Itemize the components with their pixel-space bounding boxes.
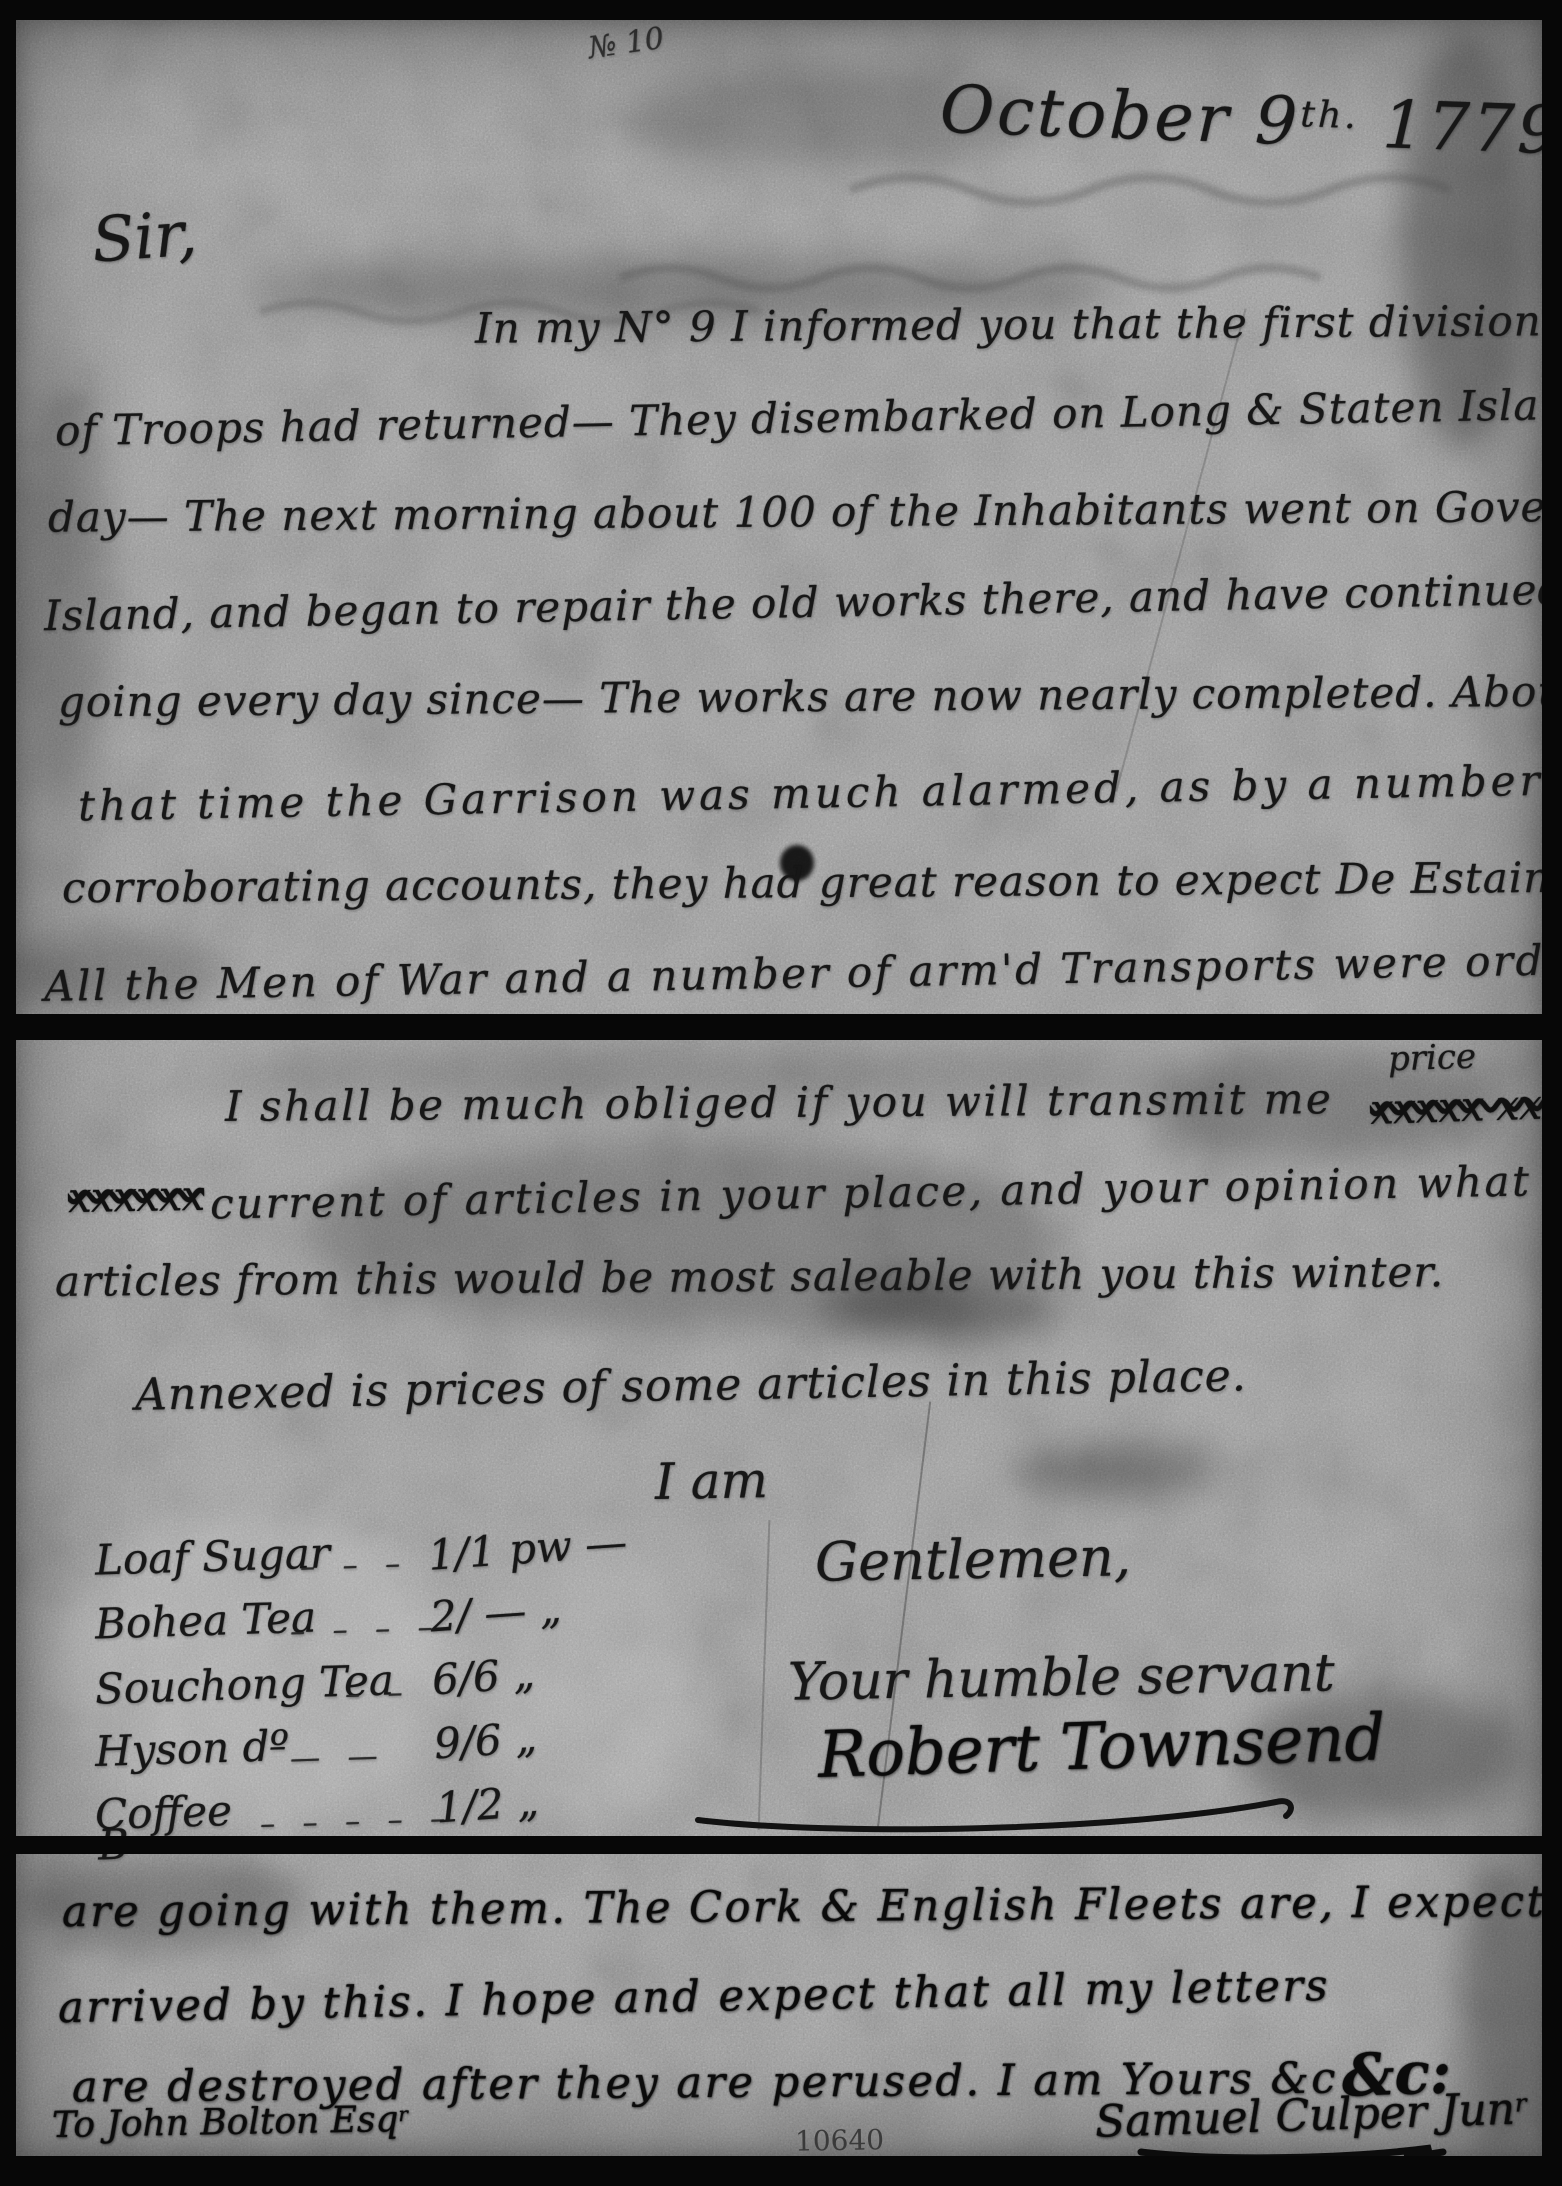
struck-out-word: xxxxxx: [68, 1171, 205, 1222]
addressee-name: To John Bolton Esq: [52, 2099, 399, 2146]
body-line: I am: [655, 1451, 769, 1511]
photo-border-right: [1542, 0, 1562, 2186]
body-line: In my N° 9 I informed you that the first…: [475, 296, 1542, 352]
stain: [1010, 1445, 1220, 1495]
struck-out-word: xxxxx xxx: [1369, 1079, 1562, 1134]
date-ordinal: th.: [1300, 92, 1360, 137]
culper-suffix: r: [1514, 2089, 1526, 2117]
closing-humble-servant: Your humble servant: [788, 1643, 1336, 1713]
addressee-line: To John Bolton Esqr: [52, 2099, 409, 2146]
salutation: Sir,: [90, 196, 200, 276]
section-divider-bar: [0, 1014, 1562, 1040]
price-leader: – – – –: [289, 1610, 442, 1650]
body-line: going every day since— The works are now…: [58, 667, 1562, 727]
price-item-name: Bohea Tea: [94, 1593, 317, 1649]
section-divider-bar: [0, 1836, 1562, 1854]
closing-gentlemen: Gentlemen,: [814, 1525, 1131, 1594]
price-value: 1/2 „: [434, 1776, 540, 1832]
price-leader: — —: [289, 1738, 387, 1776]
photo-border-bottom: [0, 2156, 1562, 2186]
body-line: are going with them. The Cork & English …: [62, 1877, 1547, 1937]
interlined-word: price: [1387, 1037, 1476, 1080]
body-line: day— The next morning about 100 of the I…: [48, 481, 1562, 541]
addressee-suffix: r: [398, 2103, 408, 2126]
letter-photograph: № 10 October 9th. 1779. Sir, In my N° 9 …: [0, 0, 1562, 2186]
catalog-number: 10640: [795, 2123, 885, 2158]
price-item-name: Hyson dº: [94, 1721, 290, 1776]
price-leader: – –: [344, 1675, 412, 1712]
price-value: 9/6 „: [432, 1712, 538, 1768]
photo-border-left: [0, 0, 16, 2186]
price-item-name: Loaf Sugar: [94, 1528, 330, 1584]
price-value: 2/ — „: [428, 1583, 562, 1641]
body-line: articles from this would be most saleabl…: [55, 1247, 1445, 1306]
photo-border-top: [0, 0, 1562, 20]
date-year: 1779.: [1357, 85, 1562, 170]
date-month-day: October 9: [939, 71, 1302, 161]
price-value: 6/6 „: [430, 1648, 536, 1704]
body-line: corroborating accounts, they had great r…: [62, 853, 1562, 913]
body-line: I shall be much obliged if you will tran…: [225, 1074, 1334, 1131]
price-leader: – – –: [299, 1546, 409, 1584]
